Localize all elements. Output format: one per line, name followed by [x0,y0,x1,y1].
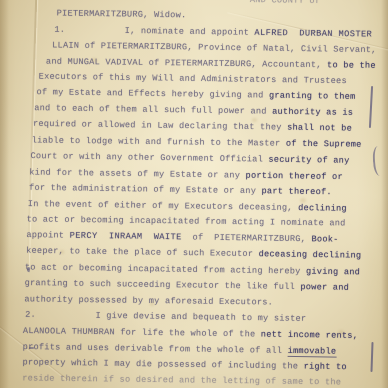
text-segment: property which I may die possessed of in… [22,358,303,372]
document-text: AND COUNTY ofPIETERMARITZBURG, Widow.1. … [22,0,388,388]
text-segment: Executors of this my Will and Administra… [39,72,347,87]
text-segment: Court or with any other Government Offic… [30,151,268,165]
text-segment: for the administration of my Estate or a… [29,182,262,195]
text-segment: portion thereof or [245,170,342,181]
text-segment: PIETERMARITZBURG, Widow. [57,8,187,20]
text-segment: giving and [306,267,360,278]
text-segment: required or allowed in Law declaring tha… [33,119,287,133]
text-segment: shall not be [287,123,352,134]
text-segment: and MUNGAL VADIVAL of PIETERMARITZBURG, … [46,56,327,70]
text-segment: immovable [288,345,337,357]
text-segment: ALANOOLA THUMBRAN for life the whole of … [23,326,261,340]
text-segment: Book- [311,235,338,245]
text-segment: granting to such succeeding Executor the… [25,278,301,292]
text-segment: declining [298,203,347,214]
text-segment: AND COUNTY of [250,0,320,6]
text-segment: ALFRED DURBAN MOSTER [254,28,372,40]
text-segment: appoint [26,230,69,241]
text-segment: In the event of either of my Executors d… [28,199,298,213]
text-segment: security of any [268,154,349,165]
text-segment: kind for the assets of my Estate or any [29,167,245,180]
text-segment: reside therein if so desired and the let… [22,374,341,388]
text-segment: 2. I give devise and bequeath to my sist… [25,310,306,324]
text-segment: to act or becoming incapacitated from ac… [25,263,306,277]
text-segment: power and [300,282,349,293]
text-segment: authority as is [272,107,353,118]
text-segment: to act or becoming incapacitated from ac… [27,215,346,229]
text-segment: and to each of them all such full power … [34,103,272,117]
age-spot [338,330,344,335]
document-page: { "document": { "kind": "typewritten wil… [0,0,388,388]
text-segment: 1. I, nominate and appoint [54,25,254,38]
text-segment: profits and uses derivable from the whol… [23,342,288,356]
text-segment: liable to lodge with and furnish to the … [32,135,286,148]
age-spot [92,58,97,62]
text-segment: granting to them [269,91,356,102]
text-segment: deceasing declining [259,249,362,261]
text-segment: PERCY INRAAM WAITE [70,231,182,243]
age-spot [300,198,306,203]
age-spot [60,250,64,254]
text-segment: to be the [327,60,376,71]
text-segment: of PIETERMARITZBURG, [182,233,312,245]
text-segment: right to [304,362,347,373]
text-segment: part thereof. [261,186,331,197]
age-spot [150,302,154,306]
age-spot [252,118,257,122]
text-segment: authority possessed by my aforesaid Exec… [24,294,273,307]
text-segment: of my Estate and Effects hereby giving a… [36,87,269,100]
pen-mark-dash [29,347,34,349]
text-segment: of the Supreme [286,139,362,150]
